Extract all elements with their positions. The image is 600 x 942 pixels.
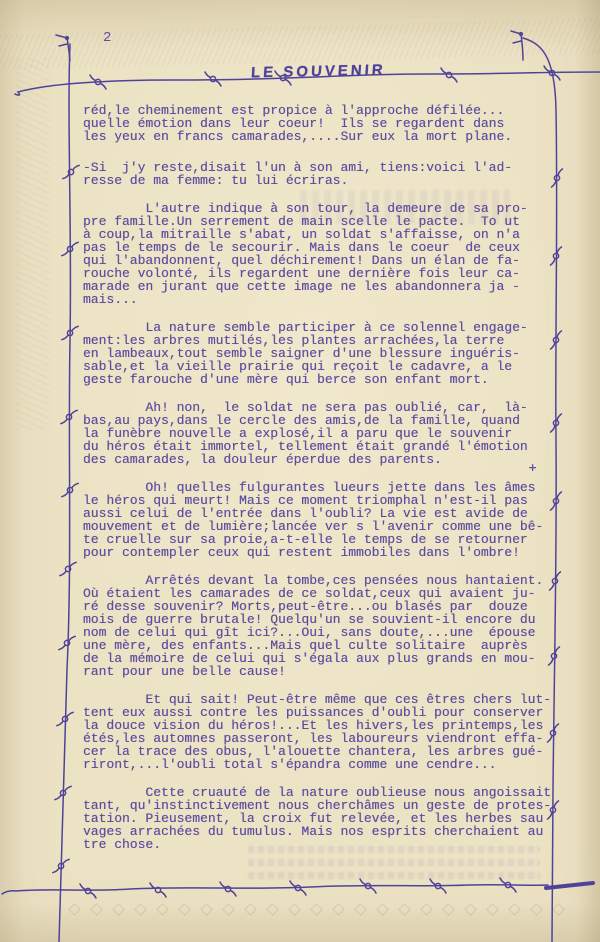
diamond-shape bbox=[420, 903, 433, 916]
diamond-shape bbox=[134, 903, 147, 916]
diamond-shape bbox=[156, 903, 169, 916]
diamond-shape bbox=[332, 903, 345, 916]
diamond-shape bbox=[112, 903, 125, 916]
diamond-shape bbox=[200, 903, 213, 916]
diamond-shape bbox=[222, 903, 235, 916]
paragraph: La nature semble participer à ce solenne… bbox=[83, 321, 551, 386]
pencil-diamond-chain bbox=[70, 903, 542, 915]
diamond-shape bbox=[310, 903, 323, 916]
diamond-shape bbox=[354, 903, 367, 916]
margin-plus-mark: + bbox=[528, 461, 537, 474]
ghost-line bbox=[248, 872, 540, 879]
page-number: 2 bbox=[103, 30, 111, 46]
diamond-shape bbox=[552, 903, 565, 916]
diamond-shape bbox=[68, 903, 81, 916]
document-page: 2 réd,le cheminement est propice à l'app… bbox=[0, 0, 600, 942]
diamond-shape bbox=[90, 903, 103, 916]
diamond-shape bbox=[442, 903, 455, 916]
paragraph: -Si j'y reste,disait l'un à son ami, tie… bbox=[83, 161, 551, 187]
diamond-shape bbox=[376, 903, 389, 916]
paragraph: réd,le cheminement est propice à l'appro… bbox=[83, 104, 551, 143]
paragraph: Oh! quelles fulgurantes lueurs jette dan… bbox=[83, 481, 551, 559]
diamond-shape bbox=[288, 903, 301, 916]
page-title: LE SOUVENIR bbox=[250, 62, 386, 82]
paragraph: Cette cruauté de la nature oublieuse nou… bbox=[83, 786, 551, 851]
diamond-shape bbox=[244, 903, 257, 916]
diamond-shape bbox=[530, 903, 543, 916]
body-text: réd,le cheminement est propice à l'appro… bbox=[83, 104, 551, 866]
pencil-hatch-band-left bbox=[16, 58, 50, 430]
diamond-shape bbox=[266, 903, 279, 916]
diamond-shape bbox=[464, 903, 477, 916]
paragraph: Ah! non, le soldat ne sera pas oublié, c… bbox=[83, 401, 551, 466]
paragraph: L'autre indique à son tour, la demeure d… bbox=[83, 202, 551, 306]
diamond-shape bbox=[398, 903, 411, 916]
diamond-shape bbox=[486, 903, 499, 916]
diamond-shape bbox=[178, 903, 191, 916]
paragraph: Et qui sait! Peut-être même que ces être… bbox=[83, 693, 551, 771]
diamond-shape bbox=[508, 903, 521, 916]
paragraph: Arrêtés devant la tombe,ces pensées nous… bbox=[83, 574, 551, 678]
